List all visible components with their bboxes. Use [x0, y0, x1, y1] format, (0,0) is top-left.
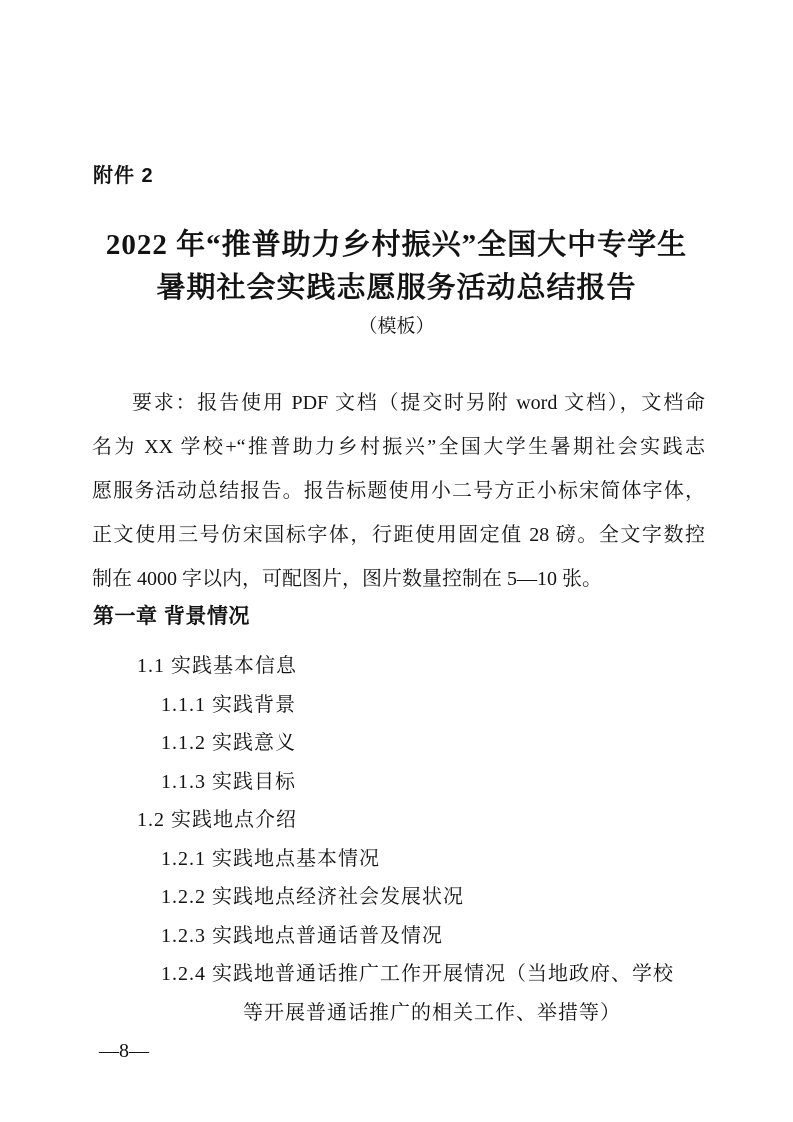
toc-item: 1.1.1 实践背景: [93, 686, 733, 725]
toc-item: 1.2.1 实践地点基本情况: [93, 840, 733, 879]
toc-item: 1.1.2 实践意义: [93, 724, 733, 763]
page-number: —8—: [99, 1040, 149, 1063]
table-of-contents: 1.1 实践基本信息 1.1.1 实践背景 1.1.2 实践意义 1.1.3 实…: [93, 647, 733, 1032]
toc-item: 1.2.4 实践地普通话推广工作开展情况（当地政府、学校: [93, 955, 733, 994]
requirements-line: 制在 4000 字以内，可配图片，图片数量控制在 5—10 张。: [92, 557, 705, 601]
toc-item: 1.2.3 实践地点普通话普及情况: [93, 917, 733, 956]
document-title-line-1: 2022 年“推普助力乡村振兴”全国大中专学生: [106, 229, 687, 261]
toc-item: 1.2.2 实践地点经济社会发展状况: [93, 878, 733, 917]
document-subtitle: （模板）: [0, 311, 793, 338]
attachment-label: 附件 2: [93, 159, 154, 188]
requirements-line: 要求：报告使用 PDF 文档（提交时另附 word 文档），文档命: [92, 381, 705, 425]
toc-item-continuation: 等开展普通话推广的相关工作、举措等）: [93, 994, 733, 1033]
requirements-line: 愿服务活动总结报告。报告标题使用小二号方正小标宋简体字体，: [92, 469, 705, 513]
document-title: 2022 年“推普助力乡村振兴”全国大中专学生 暑期社会实践志愿服务活动总结报告: [40, 224, 753, 310]
document-title-line-2: 暑期社会实践志愿服务活动总结报告: [156, 272, 636, 304]
toc-item: 1.1 实践基本信息: [93, 647, 733, 686]
requirements-line: 名为 XX 学校+“推普助力乡村振兴”全国大学生暑期社会实践志: [92, 425, 705, 469]
requirements-paragraph: 要求：报告使用 PDF 文档（提交时另附 word 文档），文档命 名为 XX …: [92, 381, 705, 601]
document-page: 附件 2 2022 年“推普助力乡村振兴”全国大中专学生 暑期社会实践志愿服务活…: [0, 0, 793, 1122]
chapter-heading: 第一章 背景情况: [93, 600, 250, 630]
toc-item: 1.2 实践地点介绍: [93, 801, 733, 840]
toc-item: 1.1.3 实践目标: [93, 763, 733, 802]
requirements-line: 正文使用三号仿宋国标字体，行距使用固定值 28 磅。全文字数控: [92, 513, 705, 557]
